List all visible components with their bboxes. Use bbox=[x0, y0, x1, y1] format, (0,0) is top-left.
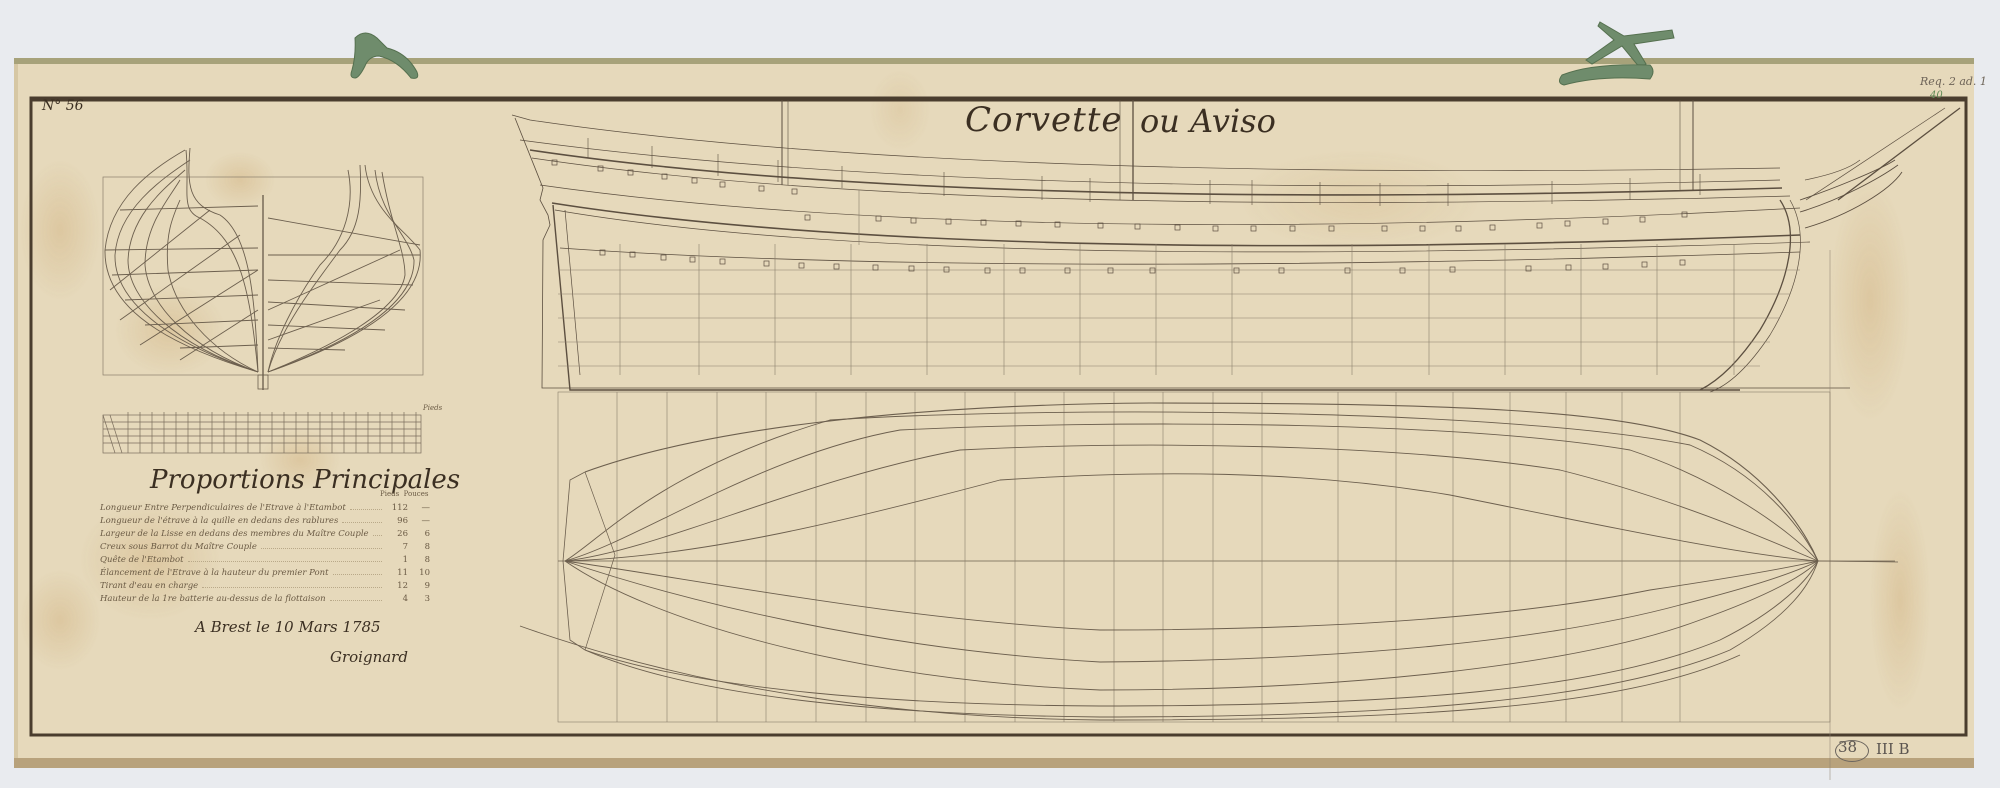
proportion-row: Élancement de l'Etrave à la hauteur du p… bbox=[100, 568, 430, 578]
proportion-row: Tirant d'eau en charge 129 bbox=[100, 581, 430, 591]
proportion-row: Longueur de l'étrave à la quille en deda… bbox=[100, 516, 430, 526]
proportion-row: Hauteur de la 1re batterie au-dessus de … bbox=[100, 594, 430, 604]
signature-place-date: A Brest le 10 Mars 1785 bbox=[195, 618, 381, 636]
half-breadth-plan bbox=[520, 392, 1898, 722]
signature-name: Groignard bbox=[330, 648, 408, 666]
column-header-inches: Pouces bbox=[404, 490, 429, 498]
archive-reference-number: 40 bbox=[1930, 90, 1943, 101]
column-header-feet: Pieds bbox=[380, 490, 399, 498]
proportions-column-headers: Pieds Pouces bbox=[380, 490, 428, 498]
plan-title-aviso: ou Aviso bbox=[1140, 102, 1276, 140]
scale-bar bbox=[103, 412, 421, 453]
scale-unit-label: Pieds bbox=[423, 404, 442, 412]
archive-class-mark: III B bbox=[1876, 740, 1910, 758]
proportion-row: Quête de l'Etambot 18 bbox=[100, 555, 430, 565]
proportion-row: Largeur de la Lisse en dedans des membre… bbox=[100, 529, 430, 539]
ribbon-left bbox=[351, 33, 418, 78]
archive-reference: Req. 2 ad. 1 bbox=[1920, 75, 1987, 88]
proportion-row: Longueur Entre Perpendiculaires de l'Etr… bbox=[100, 503, 430, 513]
frame-border bbox=[31, 98, 1966, 735]
sheer-plan bbox=[512, 100, 1960, 780]
proportion-row: Creux sous Barrot du Maître Couple 78 bbox=[100, 542, 430, 552]
plan-title-corvette: Corvette bbox=[965, 100, 1123, 140]
plate-number: N° 56 bbox=[42, 98, 84, 114]
archive-stamp-number: 38 bbox=[1838, 738, 1857, 756]
ribbon-right bbox=[1559, 22, 1674, 85]
